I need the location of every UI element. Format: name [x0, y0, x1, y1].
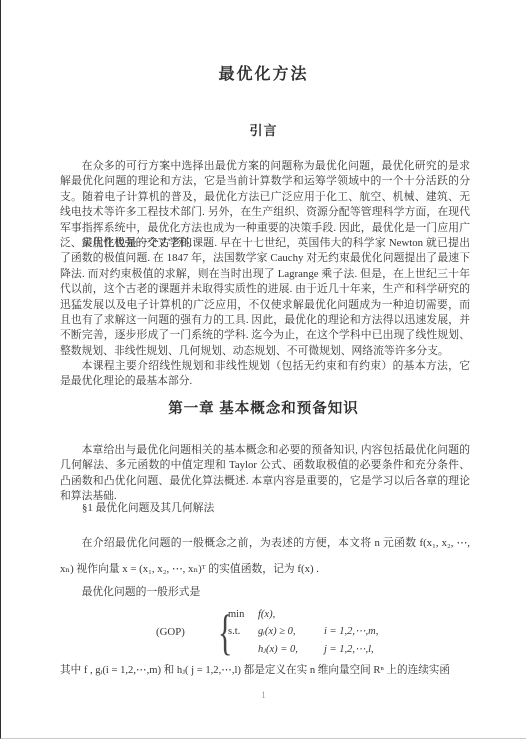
formula-lead-text: 最优化问题的一般形式是: [60, 584, 470, 599]
formula-keyword-st: s.t.: [228, 623, 258, 641]
intro-heading: 引言: [1, 120, 526, 139]
formula-inequality-constraint: gᵢ(x) ≥ 0,: [258, 623, 324, 641]
formula-equality-constraint: hⱼ(x) = 0,: [258, 641, 324, 659]
formula-keyword-blank: [228, 641, 258, 659]
formula-label: (GOP): [156, 626, 216, 638]
document-title: 最优化方法: [1, 61, 526, 84]
formula-row-equality: hⱼ(x) = 0, j = 1,2,⋯,l,: [228, 641, 378, 659]
formula-keyword-min: min: [228, 606, 258, 624]
formula-closing-text: 其中 f , gᵢ(i = 1,2,⋯,m) 和 hⱼ( j = 1,2,⋯,l…: [60, 663, 472, 678]
chapter-1-paragraph-1: 本章给出与最优化问题相关的基本概念和必要的预备知识, 内容包括最优化问题的几何解…: [60, 443, 470, 505]
formula-row-objective: min f(x),: [228, 606, 378, 624]
intro-paragraph-3: 本课程主要介绍线性规划和非线性规划（包括无约束和有约束）的基本方法，它是最优化理…: [60, 359, 470, 390]
formula-inequality-range: i = 1,2,⋯,m,: [324, 623, 378, 641]
section-1-paragraph-1: 在介绍最优化问题的一般概念之前，为表述的方便，本文将 n 元函数 f(x₁, x…: [60, 531, 470, 582]
document-page: 最优化方法 引言 在众多的可行方案中选择出最优方案的问题称为最优化问题，最优化研…: [0, 0, 526, 739]
formula-objective: f(x),: [258, 606, 324, 624]
chapter-1-heading: 第一章 基本概念和预备知识: [1, 397, 526, 418]
formula-equality-range: j = 1,2,⋯,l,: [324, 641, 374, 659]
left-brace-glyph: {: [218, 604, 224, 660]
section-1-heading: §1 最优化问题及其几何解法: [60, 500, 470, 515]
page-number: 1: [1, 690, 526, 700]
formula-rows: min f(x), s.t. gᵢ(x) ≥ 0, i = 1,2,⋯,m, h…: [228, 606, 378, 659]
formula-row-inequality: s.t. gᵢ(x) ≥ 0, i = 1,2,⋯,m,: [228, 623, 378, 641]
gop-formula: (GOP) { min f(x), s.t. gᵢ(x) ≥ 0, i = 1,…: [60, 604, 470, 660]
intro-paragraph-2: 最优化也是一个古老的课题. 早在十七世纪，英国伟大的科学家 Newton 就已提…: [60, 236, 470, 359]
